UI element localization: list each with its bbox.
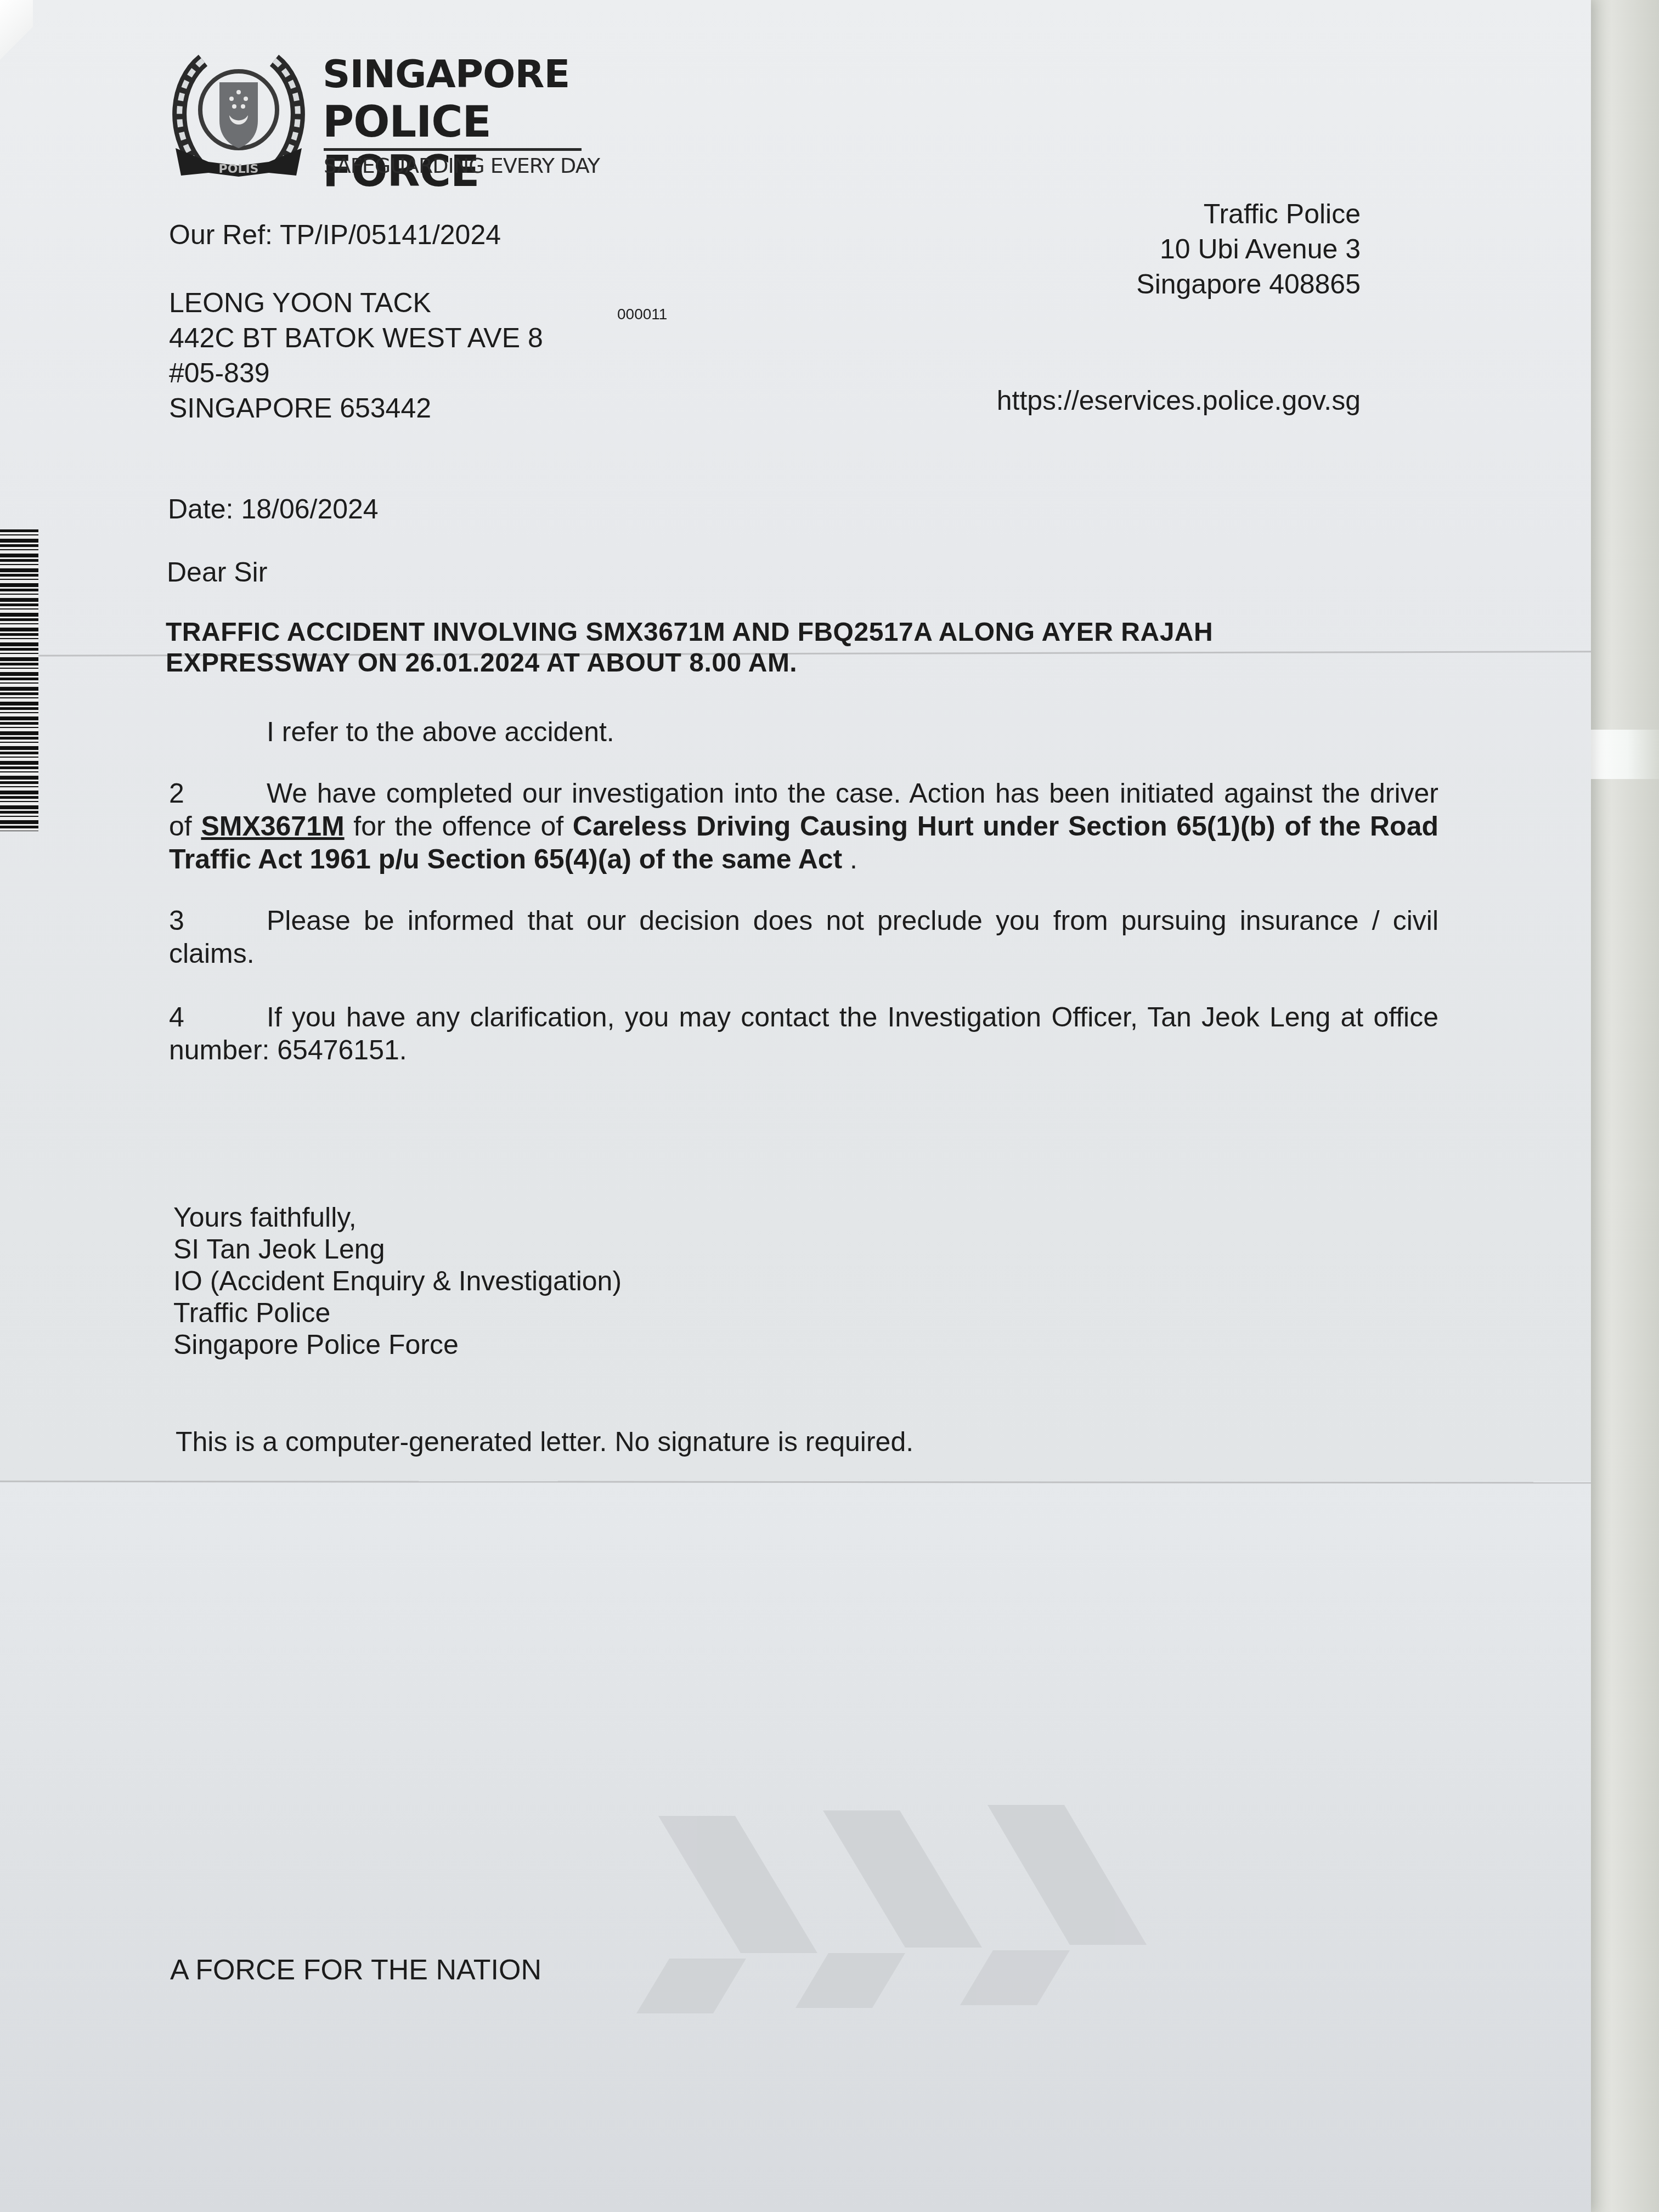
sender-address: Traffic Police 10 Ubi Avenue 3 Singapore… <box>1136 198 1361 303</box>
paragraph-text: . <box>842 844 857 874</box>
svg-text:POLIS: POLIS <box>219 162 259 176</box>
officer-organisation: Singapore Police Force <box>173 1329 622 1361</box>
subject-line-2: EXPRESSWAY ON 26.01.2024 AT ABOUT 8.00 A… <box>166 647 1213 678</box>
signature-block: Yours faithfully, SI Tan Jeok Leng IO (A… <box>173 1201 622 1361</box>
light-glare <box>1580 730 1659 779</box>
paragraph-3: 3Please be informed that our decision do… <box>169 904 1438 970</box>
letterhead-logo: POLIS SINGAPORE POLICE FORCE SAFEGUARDIN… <box>165 49 603 181</box>
sender-street: 10 Ubi Avenue 3 <box>1136 233 1361 268</box>
paragraph-text: Please be informed that our decision doe… <box>169 905 1438 969</box>
subject-line-1: TRAFFIC ACCIDENT INVOLVING SMX3671M AND … <box>166 617 1213 647</box>
sender-postal: Singapore 408865 <box>1136 268 1361 303</box>
vehicle-number: SMX3671M <box>201 811 344 842</box>
paragraph-number: 3 <box>169 904 267 937</box>
org-tagline: SAFEGUARDING EVERY DAY <box>324 154 600 178</box>
sender-department: Traffic Police <box>1136 198 1361 233</box>
recipient-address: LEONG YOON TACK 442C BT BATOK WEST AVE 8… <box>169 286 543 427</box>
recipient-postal: SINGAPORE 653442 <box>169 392 543 427</box>
recipient-street: 442C BT BATOK WEST AVE 8 <box>169 321 543 357</box>
subject-heading: TRAFFIC ACCIDENT INVOLVING SMX3671M AND … <box>166 617 1213 678</box>
letter-page: POLIS SINGAPORE POLICE FORCE SAFEGUARDIN… <box>0 0 1591 2212</box>
letterhead-rule <box>324 148 582 151</box>
letter-date: Date: 18/06/2024 <box>168 493 379 526</box>
salutation: Dear Sir <box>167 556 267 589</box>
reference-number: Our Ref: TP/IP/05141/2024 <box>169 218 501 251</box>
paragraph-4: 4If you have any clarification, you may … <box>169 1001 1438 1066</box>
background-surface <box>1580 0 1659 2212</box>
paragraph-number: 2 <box>169 777 267 810</box>
paragraph-text: for the offence of <box>345 811 573 842</box>
recipient-unit: #05-839 <box>169 357 543 392</box>
officer-title: IO (Accident Enquiry & Investigation) <box>173 1265 622 1297</box>
eservices-url: https://eservices.police.gov.sg <box>997 384 1361 417</box>
paragraph-text: If you have any clarification, you may c… <box>169 1002 1438 1065</box>
closing-phrase: Yours faithfully, <box>173 1201 622 1233</box>
paper-corner-curl <box>0 0 33 66</box>
chevron-watermark-icon <box>636 1805 1448 2024</box>
paragraph-2: 2We have completed our investigation int… <box>169 777 1438 876</box>
police-crest-icon: POLIS <box>165 49 313 181</box>
recipient-name: LEONG YOON TACK <box>169 286 543 321</box>
officer-name: SI Tan Jeok Leng <box>173 1233 622 1265</box>
paragraph-number: 4 <box>169 1001 267 1034</box>
footer-motto: A FORCE FOR THE NATION <box>170 1953 541 1987</box>
org-name-line2: POLICE FORCE <box>323 98 603 196</box>
barcode <box>0 529 38 831</box>
disclaimer-note: This is a computer-generated letter. No … <box>176 1425 913 1458</box>
document-number: 000011 <box>617 305 667 324</box>
officer-department: Traffic Police <box>173 1297 622 1329</box>
paragraph-1: I refer to the above accident. <box>267 715 614 748</box>
org-name-line1: SINGAPORE <box>323 52 569 97</box>
